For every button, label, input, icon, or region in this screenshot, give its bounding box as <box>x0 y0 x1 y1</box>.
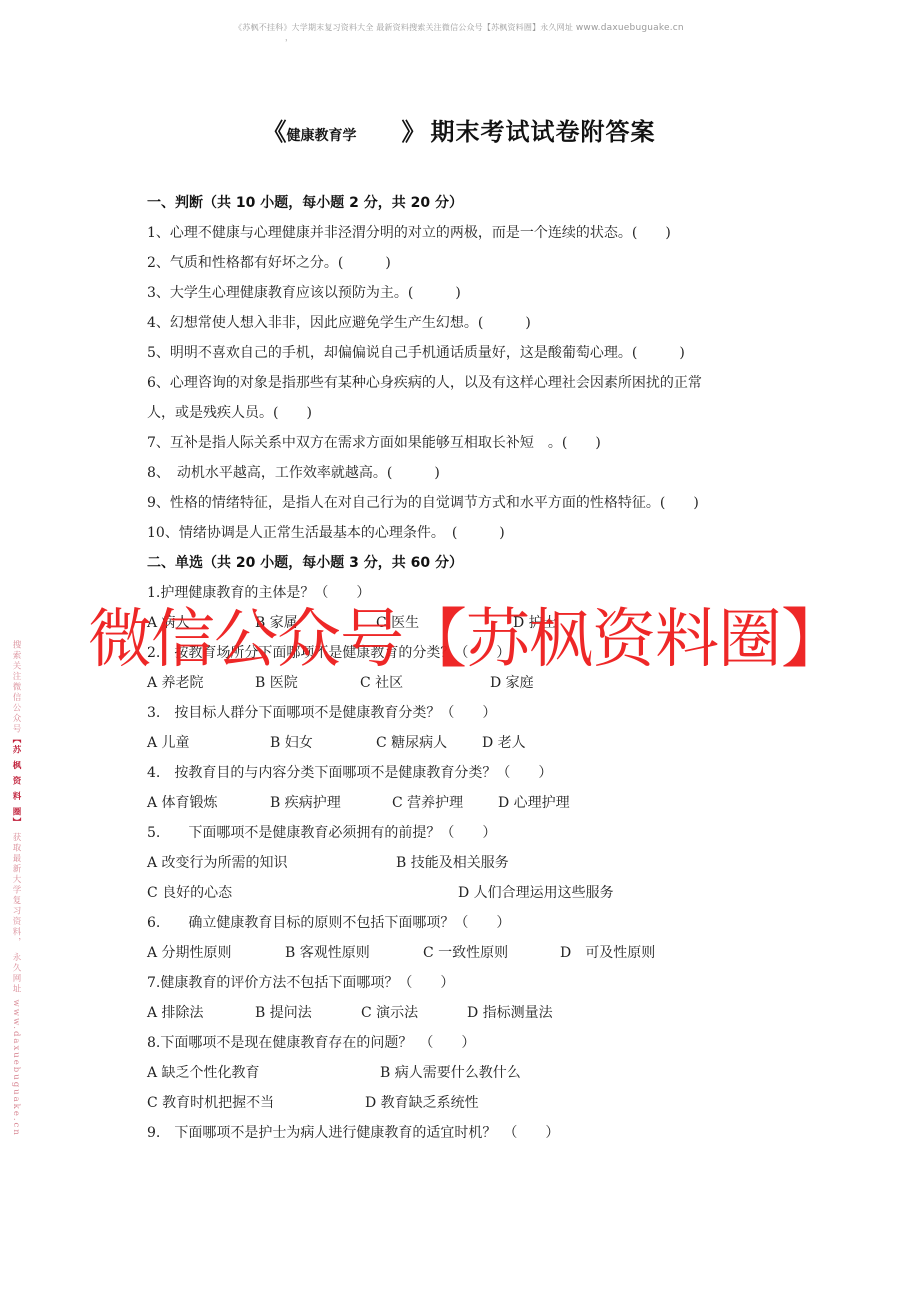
mc-3-option-d: D 老人 <box>482 732 526 752</box>
judge-item-8: 8、 动机水平越高，工作效率就越高。( ) <box>147 462 440 482</box>
mc-question-3: 3. 按目标人群分下面哪项不是健康教育分类？（ ） <box>147 702 496 722</box>
header-banner: 《苏枫不挂科》大学期末复习资料大全 最新资料搜索关注微信公众号【苏枫资料圈】永久… <box>0 22 918 33</box>
mc-8-option-b: B 病人需要什么教什么 <box>380 1062 521 1082</box>
title-subject: 健康教育学 <box>286 125 401 145</box>
red-watermark-overlay: 微信公众号【苏枫资料圈】 <box>88 600 844 680</box>
mc-7-option-d: D 指标测量法 <box>467 1002 553 1022</box>
judge-item-2: 2、气质和性格都有好坏之分。( ) <box>147 252 391 272</box>
mc-4-option-d: D 心理护理 <box>498 792 570 812</box>
mc-3-option-c: C 糖尿病人 <box>376 732 447 752</box>
header-tick: ， <box>285 32 293 43</box>
mc-8-option-a: A 缺乏个性化教育 <box>147 1062 260 1082</box>
judge-item-6: 6、心理咨询的对象是指那些有某种心身疾病的人，以及有这样心理社会因素所困扰的正常 <box>147 372 702 392</box>
side-watermark-strip: 搜索关注微信公众号【苏 枫 资 料 圈】 获取最新大学复习资料， 永久网址 ww… <box>6 640 22 1137</box>
judge-item-1: 1、心理不健康与心理健康并非泾渭分明的对立的两极，而是一个连续的状态。( ) <box>147 222 671 242</box>
mc-6-option-c: C 一致性原则 <box>423 942 508 962</box>
judge-item-9: 9、性格的情绪特征，是指人在对自己行为的自觉调节方式和水平方面的性格特征。( ) <box>147 492 699 512</box>
mc-question-9: 9. 下面哪项不是护士为病人进行健康教育的适宜时机？ （ ） <box>147 1122 559 1142</box>
header-banner-url[interactable]: www.daxuebuguake.cn <box>576 23 684 33</box>
side-strip-part3: 获取最新大学复习资料， 永久网址 www.daxuebuguake.cn <box>11 828 21 1137</box>
judge-item-7: 7、互补是指人际关系中双方在需求方面如果能够互相取长补短 。( ) <box>147 432 601 452</box>
side-strip-part2: 【苏 枫 资 料 圈】 <box>11 735 21 828</box>
section2-heading: 二、单选（共 20 小题，每小题 3 分，共 60 分） <box>147 552 463 572</box>
mc-5-option-d: D 人们合理运用这些服务 <box>458 882 614 902</box>
judge-item-3: 3、大学生心理健康教育应该以预防为主。( ) <box>147 282 461 302</box>
title-open-bracket: 《 <box>262 117 286 146</box>
mc-6-option-d: D 可及性原则 <box>560 942 655 962</box>
mc-7-option-a: A 排除法 <box>147 1002 204 1022</box>
mc-7-option-c: C 演示法 <box>361 1002 418 1022</box>
judge-item-4: 4、幻想常使人想入非非，因此应避免学生产生幻想。( ) <box>147 312 531 332</box>
header-banner-text: 《苏枫不挂科》大学期末复习资料大全 最新资料搜索关注微信公众号【苏枫资料圈】永久… <box>234 23 576 32</box>
title-close-bracket: 》 <box>401 117 425 146</box>
section1-heading: 一、判断（共 10 小题，每小题 2 分，共 20 分） <box>147 192 463 212</box>
mc-question-1: 1.护理健康教育的主体是？（ ） <box>147 582 370 602</box>
judge-item-10: 10、情绪协调是人正常生活最基本的心理条件。 ( ) <box>147 522 505 542</box>
judge-item-6-cont: 人，或是残疾人员。( ) <box>147 402 312 422</box>
mc-5-option-b: B 技能及相关服务 <box>396 852 509 872</box>
mc-4-option-c: C 营养护理 <box>392 792 463 812</box>
mc-question-4: 4. 按教育目的与内容分类下面哪项不是健康教育分类？（ ） <box>147 762 552 782</box>
mc-4-option-b: B 疾病护理 <box>270 792 341 812</box>
mc-7-option-b: B 提问法 <box>255 1002 312 1022</box>
mc-6-option-a: A 分期性原则 <box>147 942 232 962</box>
page-title: 《健康教育学》 期末考试试卷附答案 <box>0 112 918 147</box>
mc-5-option-c: C 良好的心态 <box>147 882 232 902</box>
title-text: 期末考试试卷附答案 <box>431 118 656 146</box>
mc-4-option-a: A 体育锻炼 <box>147 792 218 812</box>
mc-8-option-d: D 教育缺乏系统性 <box>365 1092 479 1112</box>
mc-3-option-a: A 儿童 <box>147 732 190 752</box>
judge-item-5: 5、明明不喜欢自己的手机，却偏偏说自己手机通话质量好，这是酸葡萄心理。( ) <box>147 342 685 362</box>
mc-question-8: 8.下面哪项不是现在健康教育存在的问题？ （ ） <box>147 1032 475 1052</box>
mc-3-option-b: B 妇女 <box>270 732 313 752</box>
mc-question-7: 7.健康教育的评价方法不包括下面哪项？（ ） <box>147 972 454 992</box>
mc-8-option-c: C 教育时机把握不当 <box>147 1092 274 1112</box>
side-strip-part1: 搜索关注微信公众号 <box>11 640 21 735</box>
mc-question-6: 6. 确立健康教育目标的原则不包括下面哪项？（ ） <box>147 912 510 932</box>
mc-question-5: 5. 下面哪项不是健康教育必须拥有的前提？（ ） <box>147 822 496 842</box>
mc-5-option-a: A 改变行为所需的知识 <box>147 852 288 872</box>
mc-6-option-b: B 客观性原则 <box>285 942 370 962</box>
